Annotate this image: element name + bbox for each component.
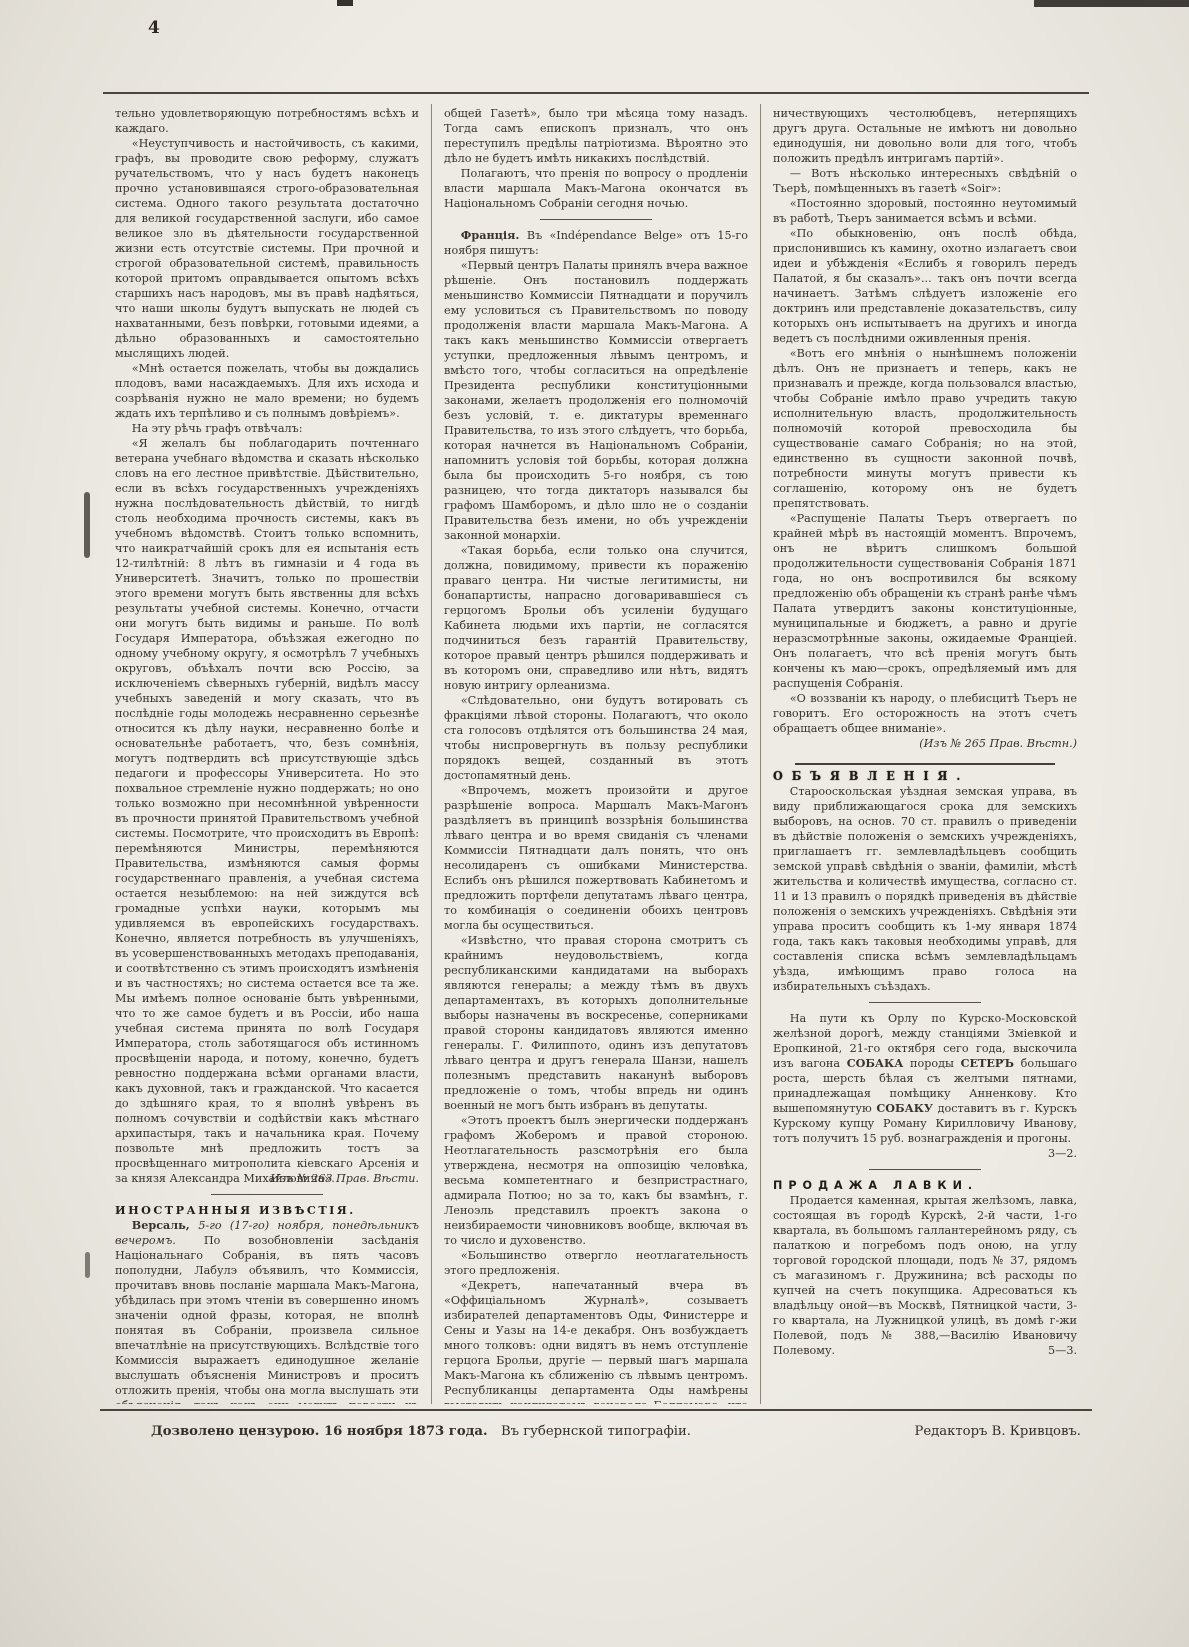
editor-credit: Редакторъ В. Кривцовъ.: [914, 1424, 1081, 1439]
scan-artifact: [1034, 0, 1189, 7]
section-divider: [211, 1194, 323, 1195]
ad-emphasis: СОБАКА: [847, 1056, 904, 1070]
paragraph: тельно удовлетворяющую потребностямъ всѣ…: [115, 106, 419, 136]
paragraph: «Такая борьба, если только она случится,…: [444, 543, 748, 693]
columns: тельно удовлетворяющую потребностямъ всѣ…: [103, 104, 1089, 1404]
page-number: 4: [148, 18, 160, 38]
paragraph: ничествующихъ честолюбцевъ, нетерпящихъ …: [773, 106, 1077, 166]
paragraph: Полагаютъ, что пренія по вопросу о продл…: [444, 166, 748, 211]
section-divider: [869, 1002, 981, 1003]
paragraph: «Этотъ проектъ былъ энергически поддержа…: [444, 1113, 748, 1248]
footer-rule: [100, 1409, 1092, 1411]
column-1: тельно удовлетворяющую потребностямъ всѣ…: [103, 104, 431, 1404]
paragraph: На эту рѣчь графъ отвѣчалъ:: [115, 421, 419, 436]
column-2: общей Газетѣ», было три мѣсяца тому наза…: [431, 104, 760, 1404]
paragraph: «Постоянно здоровый, постоянно неутомимы…: [773, 196, 1077, 226]
paragraph: «Вотъ его мнѣнія о нынѣшнемъ положеніи д…: [773, 346, 1077, 511]
source-attribution: (Изъ № 265 Прав. Вѣстн.): [773, 736, 1077, 751]
paragraph: «Декретъ, напечатанный вчера въ «Оффиціа…: [444, 1278, 748, 1404]
paragraph: «Я желалъ бы поблагодарить почтеннаго ве…: [115, 436, 419, 1186]
section-rule: [795, 763, 1055, 765]
paragraph: «Впрочемъ, можетъ произойти и другое раз…: [444, 783, 748, 933]
dateline-paragraph: Версаль, 5-го (17-го) ноября, понедѣльни…: [115, 1218, 419, 1404]
section-heading-announcements: ОБЪЯВЛЕНІЯ.: [773, 769, 1077, 785]
country-lead: Франція.: [461, 228, 527, 242]
paragraph: «Мнѣ остается пожелать, чтобы вы дождали…: [115, 361, 419, 421]
paragraph-shop-ad: Продается каменная, крытая желѣзомъ, лав…: [773, 1193, 1077, 1358]
newspaper-page: 4 тельно удовлетворяющую потребностямъ в…: [0, 0, 1189, 1647]
section-divider: [869, 1169, 981, 1170]
section-heading-foreign-news: ИНОСТРАННЫЯ ИЗВѢСТІЯ.: [115, 1203, 419, 1218]
dateline-city: Версаль,: [132, 1218, 199, 1232]
ad-emphasis: СОБАКУ: [876, 1101, 933, 1115]
paragraph: «Большинство отвергло неотлагательность …: [444, 1248, 748, 1278]
paragraph: «Извѣстно, что правая сторона смотритъ с…: [444, 933, 748, 1113]
paragraph-text: По возобновленіи засѣданія Національнаго…: [115, 1234, 419, 1404]
paragraph: «Слѣдовательно, они будутъ вотировать съ…: [444, 693, 748, 783]
header-rule: [103, 92, 1089, 94]
paragraph: «Неуступчивость и настойчивость, съ каки…: [115, 136, 419, 361]
paragraph: общей Газетѣ», было три мѣсяца тому наза…: [444, 106, 748, 166]
paragraph: — Вотъ нѣсколько интересныхъ свѣдѣній о …: [773, 166, 1077, 196]
ad-run-count: 3—2.: [773, 1146, 1077, 1161]
paragraph: Старооскольская уѣздная земская управа, …: [773, 784, 1077, 994]
paragraph: «Первый центръ Палаты принялъ вчера важн…: [444, 258, 748, 543]
section-divider: [540, 219, 652, 220]
paragraph: «О воззваніи къ народу, о плебисцитѣ Тье…: [773, 691, 1077, 736]
scan-artifact: [84, 492, 90, 558]
paragraph-lost-dog-ad: На пути къ Орлу по Курско-Московской жел…: [773, 1011, 1077, 1146]
ad-text: породы: [903, 1057, 960, 1070]
scan-artifact: [337, 0, 353, 6]
paragraph: «Распущеніе Палаты Тьеръ отвергаетъ по к…: [773, 511, 1077, 691]
column-3: ничествующихъ честолюбцевъ, нетерпящихъ …: [760, 104, 1089, 1404]
ad-emphasis: СЕТЕРЪ: [961, 1056, 1014, 1070]
scan-artifact: [85, 1252, 90, 1278]
section-heading-shop-sale: ПРОДАЖА ЛАВКИ.: [773, 1178, 1077, 1193]
paragraph: Франція. Въ «Indépendance Belge» отъ 15-…: [444, 228, 748, 258]
paragraph: «По обыкновенію, онъ послѣ обѣда, присло…: [773, 226, 1077, 346]
